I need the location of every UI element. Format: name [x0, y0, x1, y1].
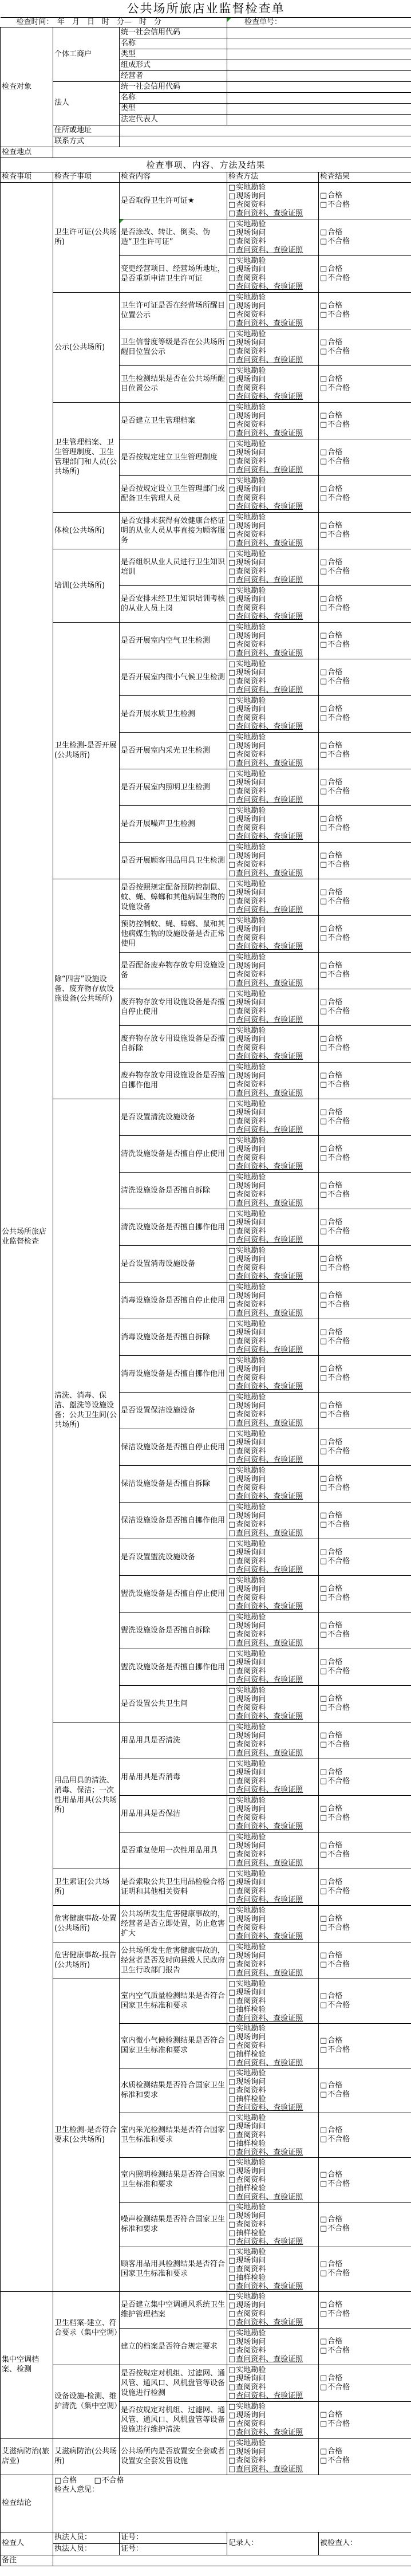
checkbox-icon: □: [320, 310, 327, 319]
methods-cell: □实地勘验□现场询问□查阅资料□抽样检验□查问资料、查验证照: [227, 1979, 319, 2023]
result-label: 不合格: [327, 860, 350, 869]
checkbox-icon: □: [228, 2411, 235, 2420]
checkbox-icon: □: [228, 897, 235, 906]
checkbox-icon: □: [320, 2215, 327, 2224]
checkbox-icon: □: [228, 2392, 235, 2400]
result-cell: □合格□不合格: [319, 1062, 411, 1099]
method-label: 实地勘验: [236, 2248, 266, 2256]
checkbox-icon: □: [228, 733, 235, 742]
checkbox-icon: □: [228, 1842, 235, 1850]
method-option: □实地勘验: [228, 2203, 317, 2212]
method-option: □实地勘验: [228, 1833, 317, 1842]
method-label: 查问资料、查验证照: [236, 1089, 303, 1098]
checkbox-icon: □: [228, 1566, 235, 1574]
method-label: 现场询问: [236, 1182, 266, 1190]
methods-cell: □实地勘验□现场询问□查阅资料□查问资料、查验证照: [227, 2401, 319, 2438]
result-option: □合格: [320, 1401, 410, 1410]
subitem-cell: 艾滋病防治(公共场所): [53, 2438, 120, 2475]
checkbox-icon: □: [228, 587, 235, 595]
result-label: 合格: [327, 2036, 342, 2045]
method-label: 查阅资料: [236, 2042, 266, 2050]
checkbox-icon: □: [228, 722, 235, 731]
checkbox-icon: □: [320, 1484, 327, 1492]
method-label: 查阅资料: [236, 1924, 266, 1932]
method-label: 现场询问: [236, 2374, 266, 2383]
table-row: 住所或地址: [1, 125, 411, 136]
method-label: 查阅资料: [236, 1814, 266, 1822]
content-cell: 消毒设施设备是否擅自停止使用: [120, 1282, 227, 1319]
method-label: 查阅资料: [236, 1264, 266, 1272]
result-cell: □合格□不合格: [319, 1942, 411, 1979]
method-label: 现场询问: [236, 1585, 266, 1594]
checkbox-icon: □: [320, 1474, 327, 1483]
method-label: 现场询问: [236, 1108, 266, 1117]
location-label: 检查地点: [1, 147, 53, 158]
method-option: □现场询问: [228, 668, 317, 677]
result-cell: □合格□不合格: [319, 1282, 411, 1319]
result-option: □不合格: [320, 970, 410, 980]
checkbox-icon: □: [228, 1447, 235, 1456]
method-label: 实地勘验: [236, 2158, 266, 2167]
content-cell: 建立的档案是否符合规定要求: [120, 2328, 227, 2365]
result-label: 不合格: [327, 310, 350, 319]
checkbox-icon: □: [228, 567, 235, 576]
method-option: □查问资料、查验证照: [228, 1016, 317, 1024]
result-option: □不合格: [320, 1630, 410, 1639]
method-option: □查问资料、查验证照: [228, 1822, 317, 1831]
methods-cell: □实地勘验□现场询问□查阅资料□查问资料、查验证照: [227, 1245, 319, 1282]
methods-cell: □实地勘验□现场询问□查阅资料□查问资料、查验证照: [227, 1502, 319, 1539]
method-label: 实地勘验: [236, 1136, 266, 1145]
checkbox-icon: □: [228, 2059, 235, 2067]
method-option: □实地勘验: [228, 1723, 317, 1732]
method-option: □查问资料、查验证照: [228, 502, 317, 511]
method-label: 实地勘验: [236, 1393, 266, 1402]
method-option: □现场询问: [228, 1915, 317, 1924]
method-option: □查阅资料: [228, 1374, 317, 1382]
method-option: □实地勘验: [228, 2158, 317, 2167]
result-option: □合格: [320, 2260, 410, 2269]
method-option: □查阅资料: [228, 2086, 317, 2095]
checkbox-icon: □: [228, 2265, 235, 2274]
result-option: □合格: [320, 1364, 410, 1374]
method-option: □查问资料、查验证照: [228, 209, 317, 218]
result-cell: □合格□不合格: [319, 2202, 411, 2247]
method-option: □查问资料、查验证照: [228, 356, 317, 364]
methods-cell: □实地勘验□现场询问□查阅资料□查问资料、查验证照: [227, 732, 319, 769]
checkbox-icon: □: [320, 2269, 327, 2278]
checkbox-icon: □: [228, 2465, 235, 2473]
content-cell: 是否开展室内微小气候卫生检测: [120, 659, 227, 695]
field-value: [53, 147, 411, 158]
method-label: 现场询问: [236, 1952, 266, 1960]
result-cell: □合格□不合格: [319, 1795, 411, 1832]
method-option: □实地勘验: [228, 2402, 317, 2411]
checkbox-icon: □: [228, 1272, 235, 1281]
result-label: 合格: [327, 1071, 342, 1080]
checkbox-icon: □: [320, 1548, 327, 1556]
checkbox-icon: □: [320, 1960, 327, 1969]
method-option: □现场询问: [228, 192, 317, 200]
method-option: □查阅资料: [228, 824, 317, 832]
method-option: □实地勘验: [228, 2439, 317, 2448]
method-label: 查阅资料: [236, 384, 266, 392]
method-label: 实地勘验: [236, 1906, 266, 1915]
result-label: 不合格: [327, 640, 350, 649]
checkbox-icon: □: [228, 539, 235, 548]
result-label: 不合格: [327, 1264, 350, 1272]
result-option: □不合格: [320, 200, 410, 210]
result-cell: □合格□不合格: [319, 1502, 411, 1539]
method-option: □查阅资料: [228, 750, 317, 759]
result-option: □合格: [320, 2215, 410, 2224]
content-cell: 卫生许可证是否在经营场所醒目位置公示: [120, 292, 227, 329]
content-cell: 废弃物存放专用设施设备是否擅自挪作他用: [120, 1062, 227, 1099]
method-label: 实地勘验: [236, 1430, 266, 1438]
method-option: □查问资料、查验证照: [228, 2237, 317, 2246]
checkbox-icon: □: [320, 851, 327, 860]
checkbox-icon: □: [320, 970, 327, 979]
methods-cell: □实地勘验□现场询问□查阅资料□查问资料、查验证照: [227, 365, 319, 402]
checkbox-icon: □: [320, 1777, 327, 1785]
checkbox-icon: □: [228, 595, 235, 604]
result-label: 合格: [327, 448, 342, 457]
method-label: 查问资料、查验证照: [236, 979, 303, 988]
result-option: □不合格: [320, 2001, 410, 2010]
field-label: 经营者: [120, 70, 227, 81]
checkbox-icon: □: [228, 2383, 235, 2392]
method-label: 现场询问: [236, 2122, 266, 2131]
checkbox-icon: □: [228, 229, 235, 237]
method-label: 实地勘验: [236, 183, 266, 192]
method-option: □实地勘验: [228, 1210, 317, 1218]
method-option: □现场询问: [228, 2212, 317, 2220]
methods-cell: □实地勘验□现场询问□查阅资料□查问资料、查验证照: [227, 1172, 319, 1209]
method-option: □现场询问: [228, 1805, 317, 1814]
result-label: 合格: [327, 1401, 342, 1410]
result-label: 不合格: [327, 1777, 350, 1785]
checkbox-icon: □: [228, 1456, 235, 1464]
result-option: □不合格: [320, 1044, 410, 1053]
methods-cell: □实地勘验□现场询问□查阅资料□查问资料、查验证照: [227, 2291, 319, 2328]
method-label: 查阅资料: [236, 1594, 266, 1602]
result-option: □不合格: [320, 1850, 410, 1859]
checkbox-icon: □: [228, 319, 235, 328]
checkbox-icon: □: [228, 2292, 235, 2301]
checkbox-icon: □: [228, 293, 235, 302]
result-option: □不合格: [320, 1520, 410, 1529]
checkbox-icon: □: [228, 1246, 235, 1255]
checkbox-icon: □: [320, 1438, 327, 1446]
result-label: 合格: [327, 1328, 342, 1336]
method-option: □现场询问: [228, 265, 317, 274]
result-cell: □合格□不合格: [319, 1575, 411, 1612]
result-option: □不合格: [320, 604, 410, 613]
check-row: 艾滋病防治(旅店业)艾滋病防治(公共场所)公共场所内是否放置安全套或者设置安全套…: [1, 2438, 411, 2475]
result-option: □合格: [320, 191, 410, 200]
checkbox-icon: □: [228, 2014, 235, 2023]
result-option: □不合格: [320, 1300, 410, 1309]
method-option: □查阅资料: [228, 677, 317, 686]
method-option: □查阅资料: [228, 1557, 317, 1566]
checkbox-icon: □: [320, 1080, 327, 1089]
checkbox-icon: □: [320, 1594, 327, 1602]
method-label: 查阅资料: [236, 677, 266, 686]
checkbox-icon: □: [320, 631, 327, 640]
field-value: [227, 81, 411, 92]
methods-cell: □实地勘验□现场询问□查阅资料□查问资料、查验证照: [227, 219, 319, 255]
checkbox-icon: □: [228, 1328, 235, 1337]
method-option: □实地勘验: [228, 880, 317, 888]
method-label: 现场询问: [236, 229, 266, 237]
method-label: 查问资料、查验证照: [236, 2355, 303, 2363]
result-label: 合格: [327, 1548, 342, 1556]
checkbox-icon: □: [228, 2122, 235, 2131]
method-label: 查问资料、查验证照: [236, 539, 303, 548]
method-label: 查阅资料: [236, 1044, 266, 1052]
method-label: 查问资料、查验证照: [236, 429, 303, 438]
checkbox-icon: □: [228, 1777, 235, 1785]
result-label: 合格: [327, 1218, 342, 1226]
method-option: □查阅资料: [228, 2220, 317, 2229]
result-option: □合格: [320, 2300, 410, 2310]
result-cell: □合格□不合格: [319, 549, 411, 585]
field-value: [227, 92, 411, 103]
method-option: □抽样检验: [228, 2274, 317, 2282]
checkbox-icon: □: [228, 1732, 235, 1740]
method-label: 现场询问: [236, 1475, 266, 1484]
method-label: 现场询问: [236, 1145, 266, 1154]
result-label: 不合格: [327, 2310, 350, 2318]
subitem-cell: 用品用具的清洗、消毒、保洁；一次性用品用具(公共场所): [53, 1722, 120, 1869]
result-option: □合格: [320, 1694, 410, 1704]
check-row: 设备设施-检测、维护清洗（集中空调）是否按规定对机组、过滤网、通风管、通风口、风…: [1, 2365, 411, 2401]
method-option: □实地勘验: [228, 807, 317, 815]
result-label: 合格: [327, 1768, 342, 1776]
checkbox-icon: □: [228, 2439, 235, 2448]
checkbox-icon: □: [228, 1585, 235, 1594]
method-label: 查阅资料: [236, 1300, 266, 1309]
checkbox-icon: □: [228, 1227, 235, 1236]
method-label: 查问资料、查验证照: [236, 1639, 303, 1647]
result-option: □合格: [320, 1254, 410, 1264]
field-label: 统一社会信用代码: [120, 81, 227, 92]
method-option: □查问资料、查验证照: [228, 906, 317, 914]
content-cell: 清洗设施设备是否擅自停止使用: [120, 1135, 227, 1172]
checkbox-icon: □: [228, 604, 235, 612]
checkbox-icon: □: [320, 925, 327, 933]
result-cell: □合格□不合格: [319, 2113, 411, 2157]
method-option: □查阅资料: [228, 1227, 317, 1236]
content-cell: 是否设置消毒设施设备: [120, 1245, 227, 1282]
method-label: 现场询问: [236, 375, 266, 384]
method-option: □查阅资料: [228, 310, 317, 319]
method-label: 查阅资料: [236, 1850, 266, 1859]
result-label: 合格: [327, 1584, 342, 1593]
result-option: □不合格: [320, 1667, 410, 1676]
result-label: 不合格: [327, 750, 350, 759]
method-option: □实地勘验: [228, 293, 317, 302]
result-option: □合格: [320, 411, 410, 420]
method-label: 现场询问: [236, 1768, 266, 1777]
method-label: 查阅资料: [236, 1704, 266, 1712]
result-label: 合格: [327, 631, 342, 640]
result-label: 合格: [327, 2337, 342, 2346]
checkbox-icon: □: [228, 192, 235, 200]
method-option: □现场询问: [228, 1108, 317, 1117]
content-cell: 室内微小气候检测结果是否符合国家卫生标准和要求: [120, 2023, 227, 2068]
checkbox-icon: □: [320, 2081, 327, 2090]
checkbox-icon: □: [228, 778, 235, 787]
table-row: 检查对象 个体工商户 统一社会信用代码: [1, 27, 411, 38]
checkbox-icon: □: [228, 1859, 235, 1867]
methods-cell: □实地勘验□现场询问□查阅资料□查问资料、查验证照: [227, 2438, 319, 2475]
checkbox-icon: □: [228, 934, 235, 942]
checkbox-icon: □: [228, 1089, 235, 1098]
result-label: 不合格: [327, 274, 350, 282]
checkbox-icon: □: [320, 824, 327, 832]
checkbox-icon: □: [228, 1952, 235, 1960]
methods-cell: □实地勘验□现场询问□查阅资料□查问资料、查验证照: [227, 1722, 319, 1759]
method-option: □实地勘验: [228, 990, 317, 998]
subitem-cell: 卫生许可证(公共场所): [53, 182, 120, 292]
checkbox-icon: □: [320, 237, 327, 246]
result-cell: □合格□不合格: [319, 219, 411, 255]
subitem-cell: 卫生档案-建立、符合要求（集中空调）: [53, 2291, 120, 2365]
result-label: 合格: [327, 705, 342, 713]
checkbox-icon: □: [228, 1145, 235, 1154]
checkbox-icon: □: [228, 2176, 235, 2184]
checkbox-icon: □: [228, 2355, 235, 2363]
checkbox-icon: □: [228, 1027, 235, 1035]
conclusion-option-label: 不合格: [102, 2476, 124, 2485]
checkbox-icon: □: [320, 2410, 327, 2419]
checkbox-icon: □: [320, 2180, 327, 2188]
check-row: 危害健康事故-报告(公共场所)公共场所发生危害健康事故的，经营者是否及时向县级人…: [1, 1942, 411, 1979]
result-label: 不合格: [327, 530, 350, 539]
legal-person-label: 法人: [53, 81, 120, 125]
checkbox-icon: □: [228, 1749, 235, 1757]
method-label: 现场询问: [236, 852, 266, 860]
checkbox-icon: □: [228, 1650, 235, 1658]
method-label: 查阅资料: [236, 2131, 266, 2140]
field-label: 类型: [120, 49, 227, 60]
method-option: □查阅资料: [228, 1410, 317, 1419]
method-option: □查阅资料: [228, 2383, 317, 2392]
method-option: □查阅资料: [228, 1300, 317, 1309]
result-label: 不合格: [327, 347, 350, 356]
subitem-cell: 设备设施-检测、维护清洗（集中空调）: [53, 2365, 120, 2438]
result-label: 合格: [327, 2447, 342, 2456]
method-label: 现场询问: [236, 778, 266, 787]
checkbox-icon: □: [228, 750, 235, 759]
checkbox-icon: □: [228, 367, 235, 375]
result-label: 合格: [327, 1291, 342, 1300]
subitem-cell: 卫生检测-是否符合要求(公共场所): [53, 1979, 120, 2291]
checkbox-icon: □: [228, 677, 235, 686]
checkbox-icon: □: [228, 2448, 235, 2456]
checkbox-icon: □: [228, 714, 235, 722]
method-option: □现场询问: [228, 1658, 317, 1667]
title-row: 公共场所旅店业监督检查单: [1, 0, 411, 17]
result-option: □合格: [320, 1328, 410, 1337]
content-cell: 顾客用品用具检测结果是否符合国家卫生标准和要求: [120, 2247, 227, 2291]
result-cell: □合格□不合格: [319, 842, 411, 879]
conclusion-cell: □合格 □不合格 检查人意见：: [53, 2475, 411, 2532]
checkbox-icon: □: [228, 2338, 235, 2346]
checkbox-icon: □: [320, 1190, 327, 1199]
checkbox-icon: □: [228, 1594, 235, 1602]
checkbox-icon: □: [228, 787, 235, 796]
conclusion-label: 检查结论: [1, 2475, 53, 2532]
methods-cell: □实地勘验□现场询问□查阅资料□查问资料、查验证照: [227, 659, 319, 695]
subitem-cell: 培训(公共场所): [53, 549, 120, 622]
methods-cell: □实地勘验□现场询问□查阅资料□查问资料、查验证照: [227, 1209, 319, 1245]
method-label: 查问资料、查验证照: [236, 2103, 303, 2112]
result-option: □合格: [320, 1878, 410, 1887]
method-label: 查问资料、查验证照: [236, 1309, 303, 1318]
method-option: □查阅资料: [228, 567, 317, 576]
result-label: 不合格: [327, 1484, 350, 1492]
result-option: □不合格: [320, 1484, 410, 1493]
method-option: □现场询问: [228, 1365, 317, 1374]
method-option: □现场询问: [228, 1402, 317, 1410]
checkbox-icon: □: [228, 990, 235, 998]
method-option: □查问资料、查验证照: [228, 1236, 317, 1244]
result-option: □合格: [320, 925, 410, 934]
method-label: 现场询问: [236, 2411, 266, 2420]
method-label: 查问资料、查验证照: [236, 2237, 303, 2246]
methods-cell: □实地勘验□现场询问□查阅资料□查问资料、查验证照: [227, 1465, 319, 1502]
result-label: 不合格: [327, 1594, 350, 1602]
checkbox-icon: □: [320, 1410, 327, 1419]
method-option: □现场询问: [228, 1182, 317, 1190]
officer-field: 执法人员：: [53, 2543, 120, 2555]
method-label: 实地勘验: [236, 990, 266, 998]
result-label: 合格: [327, 2170, 342, 2179]
content-cell: 是否建立卫生管理档案: [120, 402, 227, 439]
result-cell: □合格□不合格: [319, 1869, 411, 1905]
subitem-cell: 危害健康事故-报告(公共场所): [53, 1942, 120, 1979]
checkbox-icon: □: [228, 237, 235, 246]
method-option: □现场询问: [228, 559, 317, 567]
result-label: 合格: [327, 1364, 342, 1373]
remarks-label: 备注: [1, 2555, 53, 2566]
method-label: 查问资料、查验证照: [236, 942, 303, 951]
checkbox-icon: □: [320, 448, 327, 457]
checkbox-icon: □: [228, 1529, 235, 1537]
conclusion-row: 检查结论 □合格 □不合格 检查人意见：: [1, 2475, 411, 2532]
checkbox-icon: □: [228, 1686, 235, 1695]
checkbox-icon: □: [228, 1887, 235, 1895]
checkbox-icon: □: [228, 2050, 235, 2059]
checkbox-icon: □: [228, 2346, 235, 2355]
result-cell: □合格□不合格: [319, 805, 411, 842]
address-label: 住所或地址: [53, 125, 120, 136]
result-option: □合格: [320, 705, 410, 714]
method-label: 查问资料、查验证照: [236, 1126, 303, 1134]
result-option: □不合格: [320, 677, 410, 686]
method-option: □实地勘验: [228, 1466, 317, 1475]
checkbox-icon: □: [228, 1484, 235, 1492]
method-option: □实地勘验: [228, 2248, 317, 2256]
method-option: □现场询问: [228, 1512, 317, 1520]
method-label: 现场询问: [236, 705, 266, 714]
method-option: □实地勘验: [228, 1503, 317, 1512]
checkbox-icon: □: [228, 843, 235, 852]
checkbox-icon: □: [228, 2310, 235, 2318]
method-label: 查问资料、查验证照: [236, 722, 303, 731]
